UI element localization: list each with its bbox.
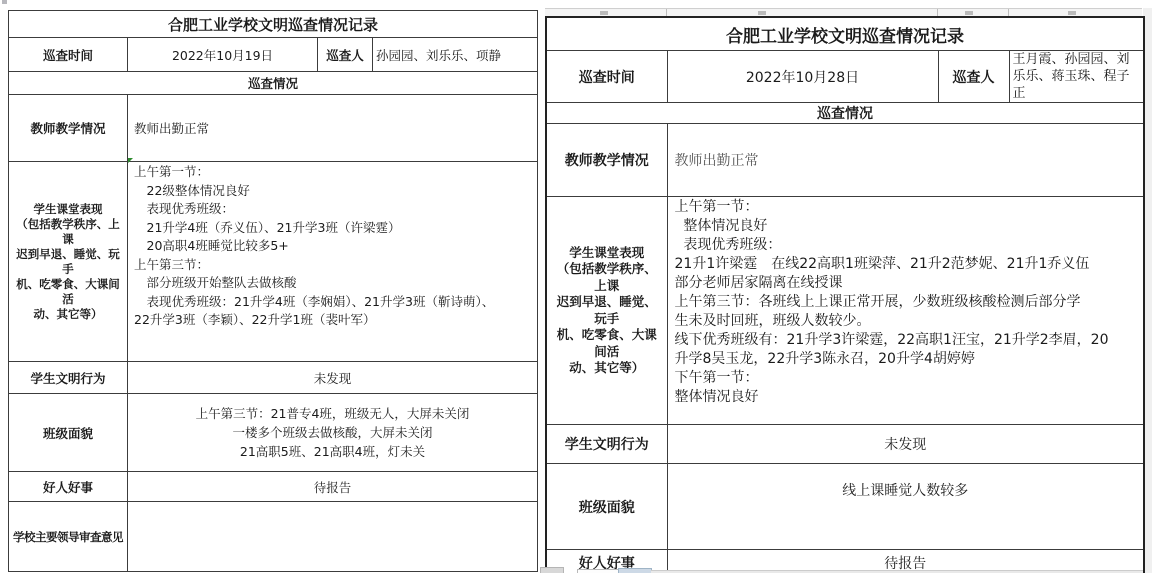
teacher-value-cell: 教师出勤正常	[667, 124, 1144, 197]
gooddeed-label: 好人好事	[9, 472, 128, 502]
time-label: 巡查时间	[9, 38, 128, 72]
section-header: 巡查情况	[546, 103, 1144, 124]
inspector-value-cell: 孙园园、刘乐乐、项静	[373, 38, 538, 72]
behavior-label: 学生文明行为	[546, 425, 667, 464]
inspection-record-table-oct19: 合肥工业学校文明巡查情况记录 巡查时间 2022年10月19日 巡查人 孙园园、…	[8, 10, 538, 572]
time-value-cell: 2022年10月19日	[128, 38, 318, 72]
appearance-value-cell: 线上课睡觉人数较多	[667, 464, 1144, 550]
section-header: 巡查情况	[9, 72, 538, 95]
clipped-text-fragment	[758, 11, 766, 15]
sheet-tab[interactable]	[618, 568, 652, 573]
record-title: 合肥工业学校文明巡查情况记录	[546, 17, 1144, 51]
gooddeed-value-cell: 待报告	[128, 472, 538, 502]
clipped-text-fragment	[965, 11, 973, 15]
behavior-value-cell: 未发现	[667, 425, 1144, 464]
appearance-label: 班级面貌	[546, 464, 667, 550]
behavior-label: 学生文明行为	[9, 362, 128, 394]
inspector-value-cell: 王月霞、孙园园、刘乐乐、蒋玉珠、程子正	[1009, 51, 1144, 103]
clipped-text-fragment	[1068, 11, 1076, 15]
appearance-value-cell: 上午第三节：21普专4班，班级无人，大屏未关闭 一楼多个班级去做核酸，大屏未关闭…	[128, 394, 538, 472]
classroom-label: 学生课堂表现 （包括教学秩序、上课 迟到早退、睡觉、玩手 机、吃零食、大课间活 …	[546, 197, 667, 425]
clipped-ui-fragment	[2, 0, 7, 4]
time-value-cell: 2022年10月28日	[667, 51, 938, 103]
record-title: 合肥工业学校文明巡查情况记录	[9, 11, 538, 38]
sheet-tab[interactable]	[540, 567, 564, 573]
teacher-label: 教师教学情况	[546, 124, 667, 197]
classroom-value-cell: 上午第一节： 22级整体情况良好 表现优秀班级： 21升学4班（乔义伍）、21升…	[128, 162, 538, 362]
appearance-label: 班级面貌	[9, 394, 128, 472]
leader-review-value-cell	[128, 502, 538, 572]
clipped-text-fragment	[600, 11, 608, 15]
leader-review-label: 学校主要领导审查意见	[9, 502, 128, 572]
teacher-value-cell: 教师出勤正常	[128, 95, 538, 162]
inspection-record-table-oct28: 合肥工业学校文明巡查情况记录 巡查时间 2022年10月28日 巡查人 王月霞、…	[545, 16, 1145, 573]
inspector-label: 巡查人	[938, 51, 1009, 103]
behavior-value-cell: 未发现	[128, 362, 538, 394]
time-label: 巡查时间	[546, 51, 667, 103]
inspector-label: 巡查人	[318, 38, 373, 72]
sheet-tab[interactable]	[577, 569, 619, 573]
classroom-value-cell: 上午第一节： 整体情况良好 表现优秀班级： 21升1许梁霆 在线22高职1班梁萍…	[667, 197, 1144, 425]
classroom-label: 学生课堂表现 （包括教学秩序、上课 迟到早退、睡觉、玩手 机、吃零食、大课间活 …	[9, 162, 128, 362]
cell-flag-triangle-icon	[128, 158, 133, 163]
teacher-label: 教师教学情况	[9, 95, 128, 162]
